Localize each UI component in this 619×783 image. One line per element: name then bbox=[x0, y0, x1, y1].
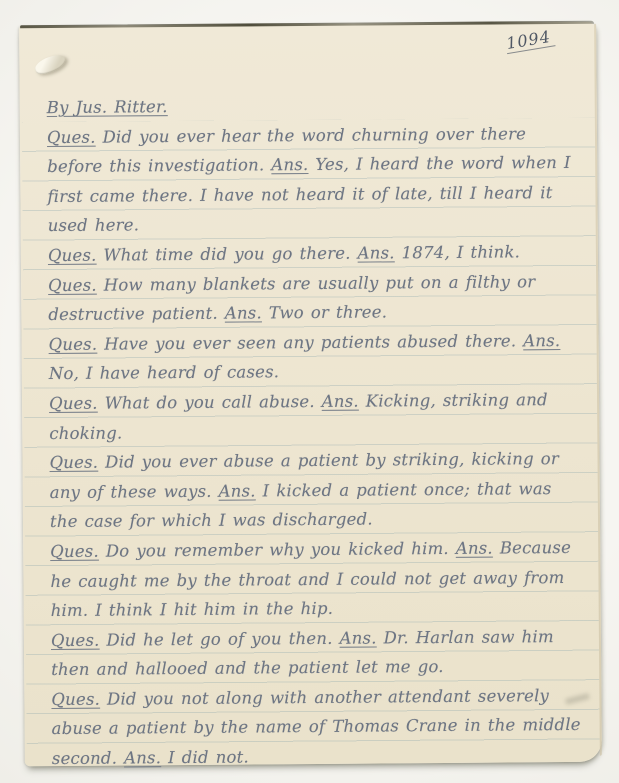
question-label: Ques. bbox=[49, 453, 98, 472]
testimony-entries: Ques. Did you ever hear the word churnin… bbox=[47, 118, 587, 773]
question-label: Ques. bbox=[50, 542, 99, 561]
section-header: By Jus. Ritter. bbox=[47, 92, 168, 123]
answer-label: Ans. bbox=[456, 538, 493, 557]
question-text: Have you ever seen any patients abused t… bbox=[97, 331, 523, 353]
testimony-entry: Ques. What time did you go there. Ans. 1… bbox=[48, 237, 583, 271]
answer-text: Two or three. bbox=[262, 303, 387, 323]
question-label: Ques. bbox=[51, 690, 100, 709]
testimony-entry: Ques. Did you not along with another att… bbox=[51, 681, 587, 774]
testimony-entry: Ques. Did you ever hear the word churnin… bbox=[47, 118, 583, 241]
question-label: Ques. bbox=[48, 275, 97, 294]
question-label: Ques. bbox=[47, 127, 96, 146]
question-label: Ques. bbox=[51, 630, 100, 649]
testimony-entry: Ques. Did he let go of you then. Ans. Dr… bbox=[51, 622, 586, 685]
answer-text: I did not. bbox=[161, 748, 249, 768]
manuscript-page: 1094 By Jus. Ritter. Ques. Did you ever … bbox=[19, 22, 602, 767]
testimony-entry: Ques. What do you call abuse. Ans. Kicki… bbox=[49, 385, 584, 448]
handwritten-content: By Jus. Ritter. Ques. Did you ever hear … bbox=[47, 89, 587, 774]
question-label: Ques. bbox=[49, 334, 98, 353]
answer-text: 1874, I think. bbox=[395, 242, 521, 262]
question-text: Do you remember why you kicked him. bbox=[99, 539, 456, 561]
answer-label: Ans. bbox=[322, 392, 359, 411]
testimony-entry: Ques. Do you remember why you kicked him… bbox=[50, 533, 586, 626]
question-label: Ques. bbox=[49, 394, 98, 413]
answer-label: Ans. bbox=[225, 304, 262, 323]
answer-label: Ans. bbox=[358, 243, 395, 262]
answer-label: Ans. bbox=[219, 481, 256, 500]
page-number: 1094 bbox=[504, 26, 555, 54]
paper-tear-mark bbox=[33, 52, 68, 76]
answer-label: Ans. bbox=[271, 155, 308, 174]
testimony-entry: Ques. Did you ever abuse a patient by st… bbox=[49, 444, 585, 537]
question-text: What time did you go there. bbox=[96, 244, 357, 265]
question-text: Did he let go of you then. bbox=[99, 628, 339, 649]
testimony-entry: Ques. Have you ever seen any patients ab… bbox=[48, 326, 583, 389]
testimony-entry: Ques. How many blankets are usually put … bbox=[48, 266, 583, 329]
answer-text: No, I have heard of cases. bbox=[49, 363, 280, 384]
answer-label: Ans. bbox=[339, 628, 376, 647]
answer-label: Ans. bbox=[523, 331, 560, 350]
answer-label: Ans. bbox=[124, 748, 161, 767]
question-text: What do you call abuse. bbox=[98, 392, 322, 413]
question-label: Ques. bbox=[48, 246, 97, 265]
